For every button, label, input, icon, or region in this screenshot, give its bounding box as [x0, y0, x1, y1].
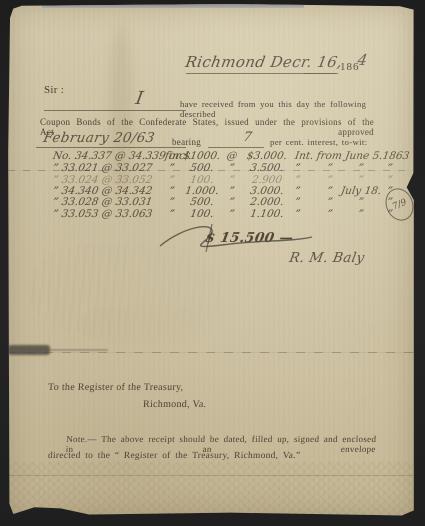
printed-line-3-tail: per cent. interest, to-wit: — [270, 137, 367, 147]
bond-serial-range: ” 33.028 @ 33.031 — [52, 196, 166, 208]
bond-serial-range: No. 34.337 @ 34.339 incl. — [52, 150, 166, 162]
ditto-mark: ” — [294, 196, 320, 208]
ditto-mark: ” — [340, 196, 382, 208]
ink-smudge — [50, 349, 108, 351]
act-date-blank-line — [36, 4, 186, 148]
bond-serial-range: ” 33.053 @ 33.063 — [52, 208, 166, 220]
bond-serial-range: ” 33.021 @ 33.027 — [52, 162, 166, 174]
ink-smudge — [8, 345, 50, 355]
ditto-mark: ” — [318, 208, 342, 220]
signature: R. M. Baly — [288, 250, 366, 266]
bond-table-row: ” 33.021 @ 33.027 ” 500. ” 3.500. ” ” ” … — [52, 162, 414, 174]
fold-line — [8, 352, 414, 353]
ditto-mark: ” — [294, 208, 320, 220]
dateline-year-digit: 4 — [356, 51, 369, 69]
ink-bleedthrough — [30, 242, 220, 337]
bond-amount: 3.500. — [238, 162, 296, 174]
paper-texture — [8, 462, 414, 516]
document-paper: Richmond Decr. 16, 186 4 Sir : I have re… — [8, 4, 414, 516]
bond-denomination: 500. — [178, 162, 226, 174]
bond-table-row: ” 33.053 @ 33.063 ” 100. ” 1.100. ” ” ” … — [52, 208, 414, 220]
total-amount: $ 15.500 — — [204, 230, 295, 246]
act-date: February 20/63 — [42, 130, 156, 146]
footer-address-line-1: To the Register of the Treasury, — [48, 382, 184, 394]
ditto-mark: ” — [318, 196, 342, 208]
ink-bleedthrough — [78, 304, 208, 346]
interest-note: Int. from June 5.1863 — [294, 150, 320, 162]
bond-denomination: 500. — [178, 196, 226, 208]
bond-table-row: No. 34.337 @ 34.339 incl. for $1000. @ $… — [52, 150, 414, 162]
footer-address-line-2: Richmond, Va. — [143, 399, 207, 411]
rate-blank-line — [208, 4, 264, 148]
bond-denomination: $1000. — [178, 150, 226, 162]
ditto-mark: ” — [318, 162, 342, 174]
ditto-mark: ” — [340, 162, 382, 174]
ditto-mark: ” — [380, 162, 400, 174]
bond-table-row: ” 33.028 @ 33.031 ” 500. ” 2.000. ” ” ” … — [52, 196, 414, 208]
ditto-mark: ” — [340, 208, 382, 220]
bond-amount: 2.000. — [238, 196, 296, 208]
bond-amount: 1.100. — [238, 208, 296, 220]
photo-frame: Richmond Decr. 16, 186 4 Sir : I have re… — [0, 0, 425, 526]
ditto-mark: ” — [294, 162, 320, 174]
fold-line — [8, 475, 414, 476]
bearing-label: bearing — [172, 137, 201, 147]
footer-note-line-2: directed to the “ Register of the Treasu… — [48, 451, 301, 462]
bond-denomination: 100. — [178, 208, 226, 220]
bond-amount: $3.000. — [238, 150, 296, 162]
